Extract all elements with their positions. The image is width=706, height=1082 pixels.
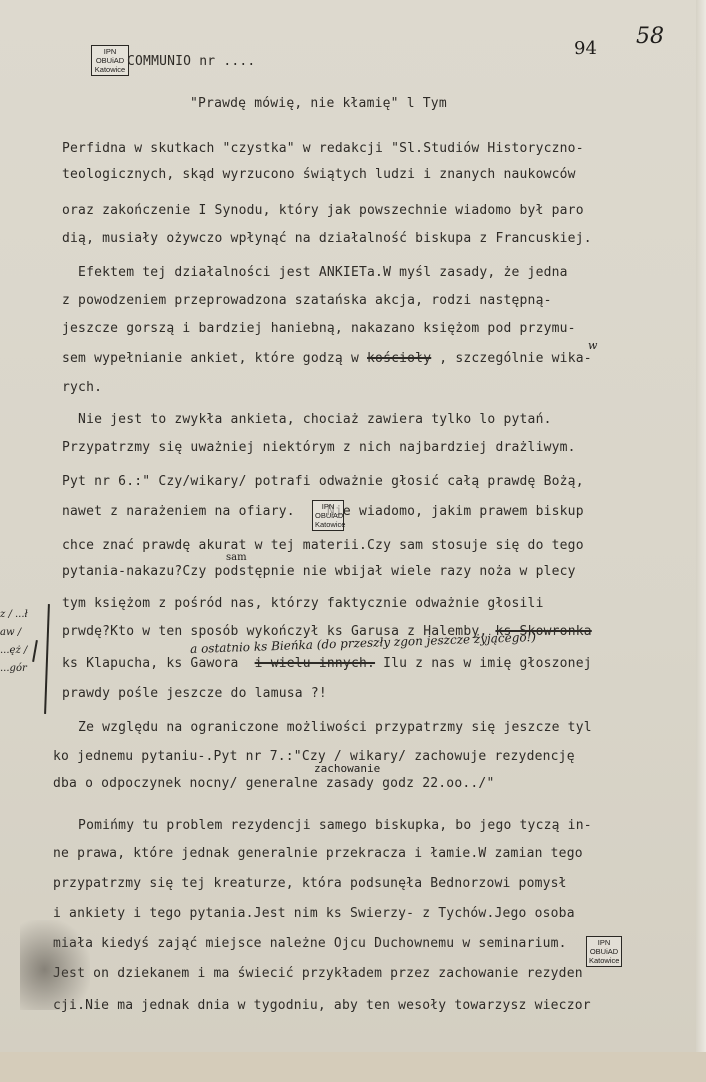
stamp-line: Katowice	[315, 520, 341, 529]
text-line: Przypatrzmy się uważniej niektórym z nic…	[62, 440, 576, 455]
struck-text: kościoły	[367, 351, 431, 366]
text-line: sem wypełnianie ankiet, które godzą w ko…	[62, 351, 592, 366]
text-line: Jest on dziekanem i ma świecić przykłade…	[53, 966, 583, 981]
struck-text: i wielu innych.	[255, 656, 375, 671]
document-page	[0, 0, 706, 1052]
text-line: rych.	[62, 380, 102, 395]
text-segment: Ilu z nas w imię głoszonej	[375, 656, 592, 671]
text-line: Nie jest to zwykła ankieta, chociaż zawi…	[62, 412, 552, 427]
handwritten-insert: zachowanie	[314, 762, 380, 775]
ipn-stamp: IPN OBUiAD Katowice	[312, 500, 344, 531]
text-line: dią, musiały ożywczo wpłynąć na działaln…	[62, 231, 592, 246]
text-segment: , szczególnie wika-	[431, 351, 592, 366]
text-line: ne prawa, które jednak generalnie przekr…	[53, 846, 583, 861]
document-title: "Prawdę mówię, nie kłamię" l Tym	[190, 96, 447, 111]
text-line: oraz zakończenie I Synodu, który jak pow…	[62, 203, 584, 218]
text-line: dba o odpoczynek nocny/ generalne zasady…	[53, 776, 494, 791]
stamp-line: IPN	[94, 47, 126, 56]
page-number-right: 58	[636, 24, 664, 49]
page-number-left: 94	[574, 38, 597, 59]
text-line: i ankiety i tego pytania.Jest nim ks Swi…	[53, 906, 575, 921]
text-line: przypatrzmy się tej kreaturze, która pod…	[53, 876, 567, 891]
stamp-line: Katowice	[589, 956, 619, 965]
text-segment: sem wypełnianie ankiet, które godzą w	[62, 351, 367, 366]
ipn-stamp: IPN OBUiAD Katowice	[91, 45, 129, 76]
stamp-line: OBUiAD	[94, 56, 126, 65]
text-line: Ze względu na ograniczone możliwości prz…	[62, 720, 592, 735]
text-line: prawdy pośle jeszcze do lamusa ?!	[62, 686, 327, 701]
text-line: teologicznych, skąd wyrzucono świątych l…	[62, 167, 576, 182]
handwritten-insert: w	[588, 339, 597, 352]
text-line: pytania-nakazu?Czy podstępnie nie wbijał…	[62, 564, 576, 579]
text-line: miała kiedyś zająć miejsce należne Ojcu …	[53, 936, 567, 951]
text-line: Perfidna w skutkach "czystka" w redakcji…	[62, 141, 584, 156]
stamp-line: Katowice	[94, 65, 126, 74]
document-header: COMMUNIO nr ....	[127, 54, 255, 69]
stamp-line: OBUiAD	[315, 511, 341, 520]
margin-handwritten-note: z / ...ław / ...ęż / ...gór	[0, 606, 32, 678]
page-edge	[696, 0, 706, 1052]
scanner-background	[0, 1052, 706, 1082]
text-line: ks Klapucha, ks Gawora i wielu innych. I…	[62, 656, 592, 671]
stamp-line: OBUiAD	[589, 947, 619, 956]
text-line: cji.Nie ma jednak dnia w tygodniu, aby t…	[53, 998, 591, 1013]
text-line: z powodzeniem przeprowadzona szatańska a…	[62, 293, 552, 308]
ipn-stamp: IPN OBUiAD Katowice	[586, 936, 622, 967]
handwritten-insert: sam	[226, 552, 247, 563]
text-segment: ks Klapucha, ks Gawora	[62, 656, 255, 671]
stamp-line: IPN	[315, 502, 341, 511]
text-line: Pomińmy tu problem rezydencji samego bis…	[62, 818, 592, 833]
text-line: Efektem tej działalności jest ANKIETa.W …	[62, 265, 568, 280]
text-line: chce znać prawdę akurat w tej materii.Cz…	[62, 538, 584, 553]
text-line: jeszcze gorszą i bardziej haniebną, naka…	[62, 321, 576, 336]
text-line: tym księżom z pośród nas, którzy faktycz…	[62, 596, 544, 611]
text-line: Pyt nr 6.:" Czy/wikary/ potrafi odważnie…	[62, 474, 584, 489]
stamp-line: IPN	[589, 938, 619, 947]
